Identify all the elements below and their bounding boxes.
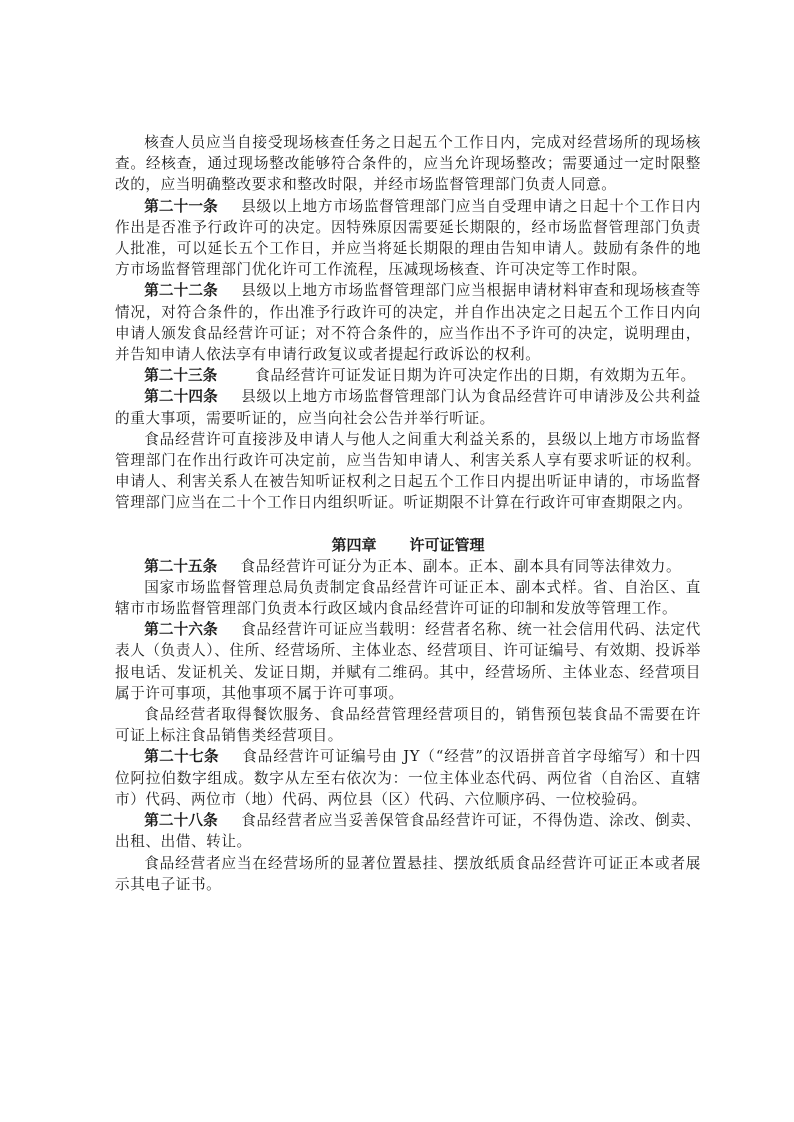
article-28: 第二十八条食品经营者应当妥善保管食品经营许可证，不得伪造、涂改、倒卖、出租、出借…	[115, 810, 701, 852]
article-23: 第二十三条食品经营许可证发证日期为许可决定作出的日期，有效期为五年。	[115, 365, 701, 386]
article-number: 第二十六条	[144, 621, 218, 638]
article-number: 第二十三条	[144, 367, 217, 384]
paragraph-text: 食品经营者应当在经营场所的显著位置悬挂、摆放纸质食品经营许可证正本或者展示其电子…	[115, 855, 701, 893]
paragraph-license-format: 国家市场监督管理总局负责制定食品经营许可证正本、副本式样。省、自治区、直辖市市场…	[115, 577, 701, 619]
paragraph-text: 食品经营许可直接涉及申请人与他人之间重大利益关系的，县级以上地方市场监督管理部门…	[115, 431, 701, 512]
article-27: 第二十七条食品经营许可证编号由 JY（“经营”的汉语拼音首字母缩写）和十四位阿拉…	[115, 746, 701, 810]
article-text: 食品经营许可证分为正本、副本。正本、副本具有同等法律效力。	[241, 558, 682, 575]
article-26: 第二十六条食品经营许可证应当载明：经营者名称、统一社会信用代码、法定代表人（负责…	[115, 619, 701, 704]
paragraph-text: 国家市场监督管理总局负责制定食品经营许可证正本、副本式样。省、自治区、直辖市市场…	[115, 579, 701, 617]
article-22: 第二十二条县级以上地方市场监督管理部门应当根据申请材料审查和现场核查等情况，对符…	[115, 280, 701, 365]
paragraph-hearing: 食品经营许可直接涉及申请人与他人之间重大利益关系的，县级以上地方市场监督管理部门…	[115, 429, 701, 514]
article-number: 第二十二条	[144, 282, 218, 299]
article-number: 第二十四条	[144, 388, 218, 405]
article-number: 第二十七条	[144, 748, 219, 765]
article-number: 第二十五条	[144, 558, 217, 575]
chapter-title: 许可证管理	[410, 536, 485, 554]
article-text: 食品经营许可证发证日期为许可决定作出的日期，有效期为五年。	[255, 367, 696, 384]
document-page: 核查人员应当自接受现场核查任务之日起五个工作日内，完成对经营场所的现场核查。经核…	[115, 132, 701, 895]
paragraph-text: 食品经营者取得餐饮服务、食品经营管理经营项目的，销售预包装食品不需要在许可证上标…	[115, 706, 701, 744]
article-25: 第二十五条食品经营许可证分为正本、副本。正本、副本具有同等法律效力。	[115, 556, 701, 577]
article-24: 第二十四条县级以上地方市场监督管理部门认为食品经营许可申请涉及公共利益的重大事项…	[115, 386, 701, 428]
article-number: 第二十一条	[144, 198, 218, 215]
paragraph-display-license: 食品经营者应当在经营场所的显著位置悬挂、摆放纸质食品经营许可证正本或者展示其电子…	[115, 853, 701, 895]
article-number: 第二十八条	[144, 812, 218, 829]
chapter-number: 第四章	[331, 536, 376, 554]
chapter-heading: 第四章许可证管理	[115, 535, 701, 556]
article-21: 第二十一条县级以上地方市场监督管理部门应当自受理申请之日起十个工作日内作出是否准…	[115, 196, 701, 281]
paragraph-text: 核查人员应当自接受现场核查任务之日起五个工作日内，完成对经营场所的现场核查。经核…	[115, 134, 701, 193]
paragraph-catering-items: 食品经营者取得餐饮服务、食品经营管理经营项目的，销售预包装食品不需要在许可证上标…	[115, 704, 701, 746]
paragraph-onsite-inspection: 核查人员应当自接受现场核查任务之日起五个工作日内，完成对经营场所的现场核查。经核…	[115, 132, 701, 196]
